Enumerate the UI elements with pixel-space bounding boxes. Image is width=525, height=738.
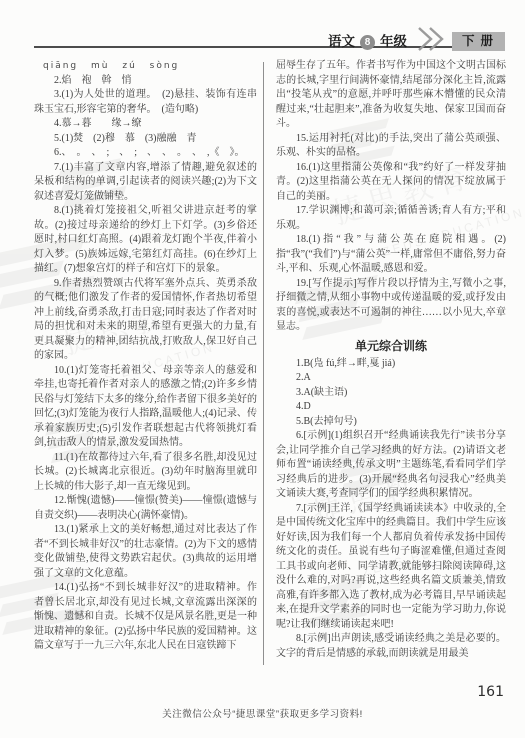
- answers-content: qiāng mù zú sòng2.焰 袍 斡 悄3.(1)为人处世的道理。 (…: [34, 59, 506, 661]
- page-number: 161: [477, 684, 504, 700]
- answer-paragraph: 7.(1)丰富了文章内容,增添了情趣,避免叙述的呆板和结构的单调,引起读者的阅读…: [34, 161, 257, 205]
- answer-paragraph: 19.[写作提示]写作片段以抒情为主,写微小之事,抒细微之情,从细小事物中或传递…: [276, 277, 506, 335]
- answer-paragraph: 8.[示例]出声朗读,感受诵读经典之美是必要的。文字的背后是情感的承载,而朗读就…: [276, 632, 506, 661]
- answer-paragraph: 18.(1)指“我”与蒲公英在庭院相遇。(2)指“我”(“我们”)与“蒲公英”一…: [276, 233, 506, 277]
- answer-paragraph: qiāng mù zú sòng: [34, 59, 257, 74]
- answer-paragraph: 13.(1)紧承上文的美好畅想,通过对比表达了作者“不到长城非好汉”的壮志豪情。…: [34, 523, 257, 581]
- answer-paragraph: 7.[示例]王洋,《国学经典诵读读本》中收录的,全是中国传统文化宝库中的经典篇目…: [276, 502, 506, 633]
- answer-paragraph: 15.运用衬托(对比)的手法,突出了蒲公英顽强、乐观、朴实的品格。: [276, 132, 506, 161]
- section-heading: 单元综合训练: [276, 335, 506, 357]
- grade-suffix-label: 年级: [380, 32, 407, 51]
- right-column: 屈辱生存了五年。作者书写作为中国这个文明古国标志的长城,字里行间满怀豪情,结尾部…: [276, 59, 506, 661]
- footer-note: 关注微信公众号“捷思课堂”获取更多学习资料!: [0, 706, 525, 720]
- subject-label: 语文: [328, 32, 355, 51]
- answer-paragraph: 4.慕→暮 缘→缭: [34, 117, 257, 132]
- page-header: 语文 8 年级 下册: [328, 27, 505, 51]
- answer-paragraph: 14.(1)弘扬“不到长城非好汉”的进取精神。作者曾长居北京,却没有见过长城,文…: [34, 581, 257, 654]
- grade-badge: 8: [360, 35, 375, 50]
- volume-label: 下册: [452, 32, 505, 51]
- answer-paragraph: 8.(1)挑着灯笼接祖父,听祖父讲进京赶考的掌故。(2)接过母亲递给的纱灯上下灯…: [34, 204, 257, 277]
- answer-paragraph: 5.(1)焚 (2)穆 慕 (3)融融 青: [34, 132, 257, 147]
- answer-paragraph: 11.(1)在故都待过六年,看了很多名胜,却没见过长城。(2)长城离北京很近。(…: [34, 451, 257, 495]
- answer-paragraph: 2.A: [276, 371, 506, 386]
- answer-paragraph: 4.D: [276, 400, 506, 415]
- answer-paragraph: 2.焰 袍 斡 悄: [34, 74, 257, 89]
- left-column: qiāng mù zú sòng2.焰 袍 斡 悄3.(1)为人处世的道理。 (…: [34, 59, 257, 661]
- answer-paragraph: 屈辱生存了五年。作者书写作为中国这个文明古国标志的长城,字里行间满怀豪情,结尾部…: [276, 59, 506, 132]
- answer-paragraph: 6.、 。 、 ; 、 ; 、 、 。 、 ,《 》。: [34, 146, 257, 161]
- answer-paragraph: 6.[示例](1)组织召开“经典诵读我先行”读书分享会,让同学推介自己学习经典的…: [276, 429, 506, 502]
- answer-paragraph: 10.(1)灯笼寄托着祖父、母亲等亲人的慈爱和牵挂,也寄托着作者对亲人的感激之情…: [34, 364, 257, 451]
- chevron-right-icon: [416, 27, 446, 51]
- answer-paragraph: 3.A(缺主语): [276, 386, 506, 401]
- answer-paragraph: 9.作者热烈赞颂古代将军塞外点兵、英勇杀敌的气概;他们激发了作者的爱国情怀,作者…: [34, 277, 257, 364]
- answer-paragraph: 3.(1)为人处世的道理。 (2)悬挂、装饰有连串珠玉宝石,形容宅第的奢华。 (…: [34, 88, 257, 117]
- textbook-page: 捷思教育 捷思教育 捷思教育 ZEUS EDUCATION ZEUS EDUCA…: [0, 0, 525, 738]
- answer-paragraph: 12.惭愧(遗憾)——憧憬(赞美)——憧憬(遗憾与自责交织)——表明决心(满怀豪…: [34, 494, 257, 523]
- answer-paragraph: 16.(1)这里指蒲公英像和“我”约好了一样发芽抽青。(2)这里指蒲公英在无人探…: [276, 161, 506, 205]
- answer-paragraph: 1.B(凫 fú,绊→畔,戛 jiá): [276, 357, 506, 372]
- answer-paragraph: 17.学识渊博;和蔼可亲;循循善诱;育人有方;平和乐观。: [276, 204, 506, 233]
- answer-paragraph: 5.B(去掉句号): [276, 415, 506, 430]
